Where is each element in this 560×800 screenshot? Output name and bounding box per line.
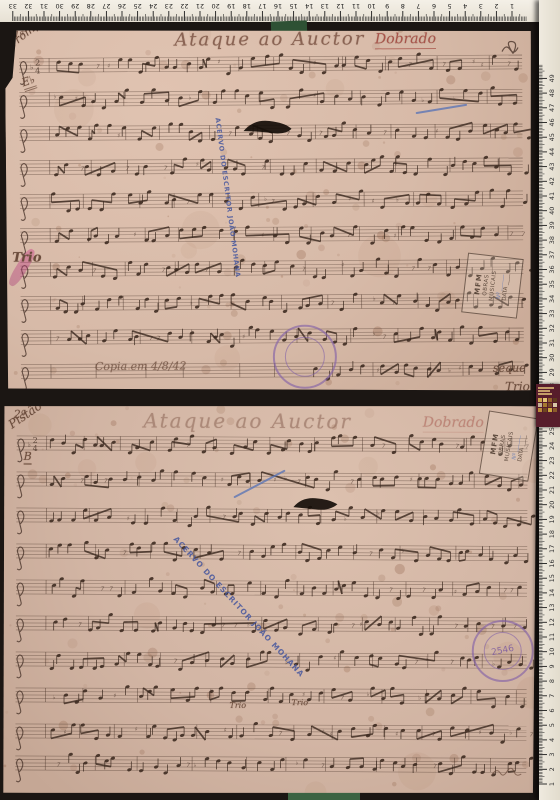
svg-text:♭: ♭ xyxy=(295,760,298,767)
segue-target-trio: Trio xyxy=(505,379,530,393)
svg-text:32: 32 xyxy=(24,2,32,10)
svg-text:5: 5 xyxy=(548,723,556,727)
svg-text:43: 43 xyxy=(548,162,556,170)
svg-text:2: 2 xyxy=(548,767,556,771)
trio-label: Trio xyxy=(292,698,309,707)
svg-text:♯: ♯ xyxy=(135,726,138,733)
svg-text:7: 7 xyxy=(185,762,190,770)
svg-text:7: 7 xyxy=(108,585,113,593)
svg-text:7: 7 xyxy=(318,130,323,138)
segno-icon xyxy=(499,39,525,57)
segue-note: seque xyxy=(493,361,526,374)
svg-text:23: 23 xyxy=(548,456,556,464)
svg-text:22: 22 xyxy=(548,471,556,479)
svg-text:1: 1 xyxy=(510,2,514,10)
svg-text:25: 25 xyxy=(548,427,556,435)
svg-text:7: 7 xyxy=(320,762,325,770)
svg-text:25: 25 xyxy=(133,2,141,10)
scanned-manuscript-view: { "document": { "type_label": "Handwritt… xyxy=(0,0,560,800)
svg-text:♯: ♯ xyxy=(134,231,137,238)
svg-text:7: 7 xyxy=(100,585,105,593)
svg-text:26: 26 xyxy=(118,2,126,10)
svg-text:♭: ♭ xyxy=(54,93,57,100)
svg-text:49: 49 xyxy=(548,74,556,82)
round-library-stamp xyxy=(273,325,337,389)
svg-text:7: 7 xyxy=(414,659,419,667)
svg-text:7: 7 xyxy=(173,658,178,666)
svg-text:♯: ♯ xyxy=(107,63,110,70)
copyist-initials-scribble xyxy=(489,764,523,782)
svg-text:13: 13 xyxy=(321,2,329,10)
svg-text:♭: ♭ xyxy=(53,694,56,701)
music-notation-page-1: 24♭7♯♯♯77♯♯7♭♯♭♯♭♭♯7777♯777♯77♭7♯♯♭♯♯7♯7… xyxy=(5,27,534,393)
svg-text:♯: ♯ xyxy=(472,58,475,65)
svg-text:♯: ♯ xyxy=(313,92,316,99)
catalog-stamp: MFM OBRAS MUSICAIS Nº ______ DATA ____ xyxy=(479,410,538,481)
svg-text:16: 16 xyxy=(274,2,282,10)
svg-text:7: 7 xyxy=(381,443,386,451)
svg-text:34: 34 xyxy=(548,295,556,303)
svg-text:33: 33 xyxy=(548,309,556,317)
svg-text:♯: ♯ xyxy=(117,132,120,139)
ink-blot xyxy=(239,115,295,141)
svg-text:4: 4 xyxy=(463,2,467,10)
svg-text:7: 7 xyxy=(92,267,97,275)
svg-text:10: 10 xyxy=(548,648,556,656)
color-calibration-chip xyxy=(536,384,560,427)
svg-text:7: 7 xyxy=(388,587,393,595)
svg-text:36: 36 xyxy=(548,265,556,273)
svg-text:12: 12 xyxy=(548,618,556,626)
svg-text:♯: ♯ xyxy=(224,727,227,734)
svg-text:41: 41 xyxy=(548,192,556,200)
svg-text:16: 16 xyxy=(548,559,556,567)
svg-text:19: 19 xyxy=(548,515,556,523)
svg-text:24: 24 xyxy=(149,2,157,10)
svg-text:♭: ♭ xyxy=(448,367,451,374)
svg-text:8: 8 xyxy=(401,2,405,10)
svg-text:3: 3 xyxy=(548,753,556,757)
svg-text:18: 18 xyxy=(548,530,556,538)
svg-text:19: 19 xyxy=(227,2,235,10)
svg-text:14: 14 xyxy=(305,2,313,10)
svg-text:♯: ♯ xyxy=(360,621,363,628)
svg-text:♭: ♭ xyxy=(373,296,376,303)
svg-text:♭: ♭ xyxy=(418,695,421,702)
svg-text:3: 3 xyxy=(479,2,483,10)
svg-text:♯: ♯ xyxy=(333,655,336,662)
svg-text:33: 33 xyxy=(9,2,17,10)
svg-text:13: 13 xyxy=(548,603,556,611)
genre-label: Dobrado xyxy=(423,415,484,433)
svg-text:♯: ♯ xyxy=(274,477,277,484)
svg-text:7: 7 xyxy=(382,333,387,341)
svg-text:7: 7 xyxy=(548,694,556,698)
svg-text:7: 7 xyxy=(454,443,459,451)
svg-text:45: 45 xyxy=(548,133,556,141)
svg-text:♯: ♯ xyxy=(376,367,379,374)
svg-text:11: 11 xyxy=(548,633,556,641)
svg-text:40: 40 xyxy=(548,207,556,215)
svg-text:7: 7 xyxy=(227,130,232,138)
svg-text:6: 6 xyxy=(432,2,436,10)
svg-text:♭: ♭ xyxy=(28,441,31,449)
svg-text:29: 29 xyxy=(71,2,79,10)
svg-text:23: 23 xyxy=(165,2,173,10)
svg-text:37: 37 xyxy=(548,251,556,259)
trio-label: Trio xyxy=(230,701,247,710)
svg-text:7: 7 xyxy=(506,61,511,69)
svg-text:6: 6 xyxy=(548,708,556,712)
svg-text:2: 2 xyxy=(494,2,498,10)
svg-text:7: 7 xyxy=(95,63,100,71)
svg-text:7: 7 xyxy=(441,61,446,69)
svg-text:12: 12 xyxy=(336,2,344,10)
svg-text:♯: ♯ xyxy=(372,198,375,205)
svg-text:5: 5 xyxy=(448,2,452,10)
svg-text:14: 14 xyxy=(548,589,556,597)
svg-text:7: 7 xyxy=(221,514,226,522)
color-chip-swatches xyxy=(538,398,560,412)
key-label: B xyxy=(24,450,32,465)
svg-text:♭: ♭ xyxy=(367,691,370,698)
svg-text:♯: ♯ xyxy=(458,365,461,372)
svg-text:17: 17 xyxy=(548,545,556,553)
svg-text:15: 15 xyxy=(289,2,297,10)
svg-text:7: 7 xyxy=(55,335,60,343)
svg-text:30: 30 xyxy=(55,2,63,10)
svg-text:7: 7 xyxy=(77,621,82,629)
svg-text:20: 20 xyxy=(211,2,219,10)
svg-text:11: 11 xyxy=(352,2,360,10)
svg-text:♯: ♯ xyxy=(454,589,457,596)
svg-text:24: 24 xyxy=(548,442,556,450)
svg-text:7: 7 xyxy=(161,267,166,275)
svg-text:7: 7 xyxy=(521,231,526,239)
svg-text:48: 48 xyxy=(548,89,556,97)
svg-text:♯: ♯ xyxy=(481,62,484,69)
svg-text:31: 31 xyxy=(548,339,556,347)
svg-text:7: 7 xyxy=(529,731,534,739)
svg-text:7: 7 xyxy=(416,2,420,10)
section-label-trio: Trio xyxy=(12,250,41,265)
music-notation-page-2: 24♭777777♯♯♭77♯♯7♭♭777♭7777♯77777♭7♯7777… xyxy=(1,404,538,795)
svg-text:10: 10 xyxy=(367,2,375,10)
svg-text:♯: ♯ xyxy=(341,262,344,269)
svg-text:32: 32 xyxy=(548,324,556,332)
svg-text:39: 39 xyxy=(548,221,556,229)
svg-text:7: 7 xyxy=(502,587,507,595)
svg-text:9: 9 xyxy=(548,664,556,668)
svg-text:♭: ♭ xyxy=(264,196,267,203)
svg-text:7: 7 xyxy=(509,587,514,595)
svg-text:♭: ♭ xyxy=(421,97,424,104)
svg-text:18: 18 xyxy=(243,2,251,10)
svg-text:7: 7 xyxy=(56,761,61,769)
svg-text:7: 7 xyxy=(163,165,168,173)
svg-text:♭: ♭ xyxy=(344,516,347,523)
svg-text:15: 15 xyxy=(548,574,556,582)
svg-text:♭: ♭ xyxy=(189,94,192,101)
svg-text:7: 7 xyxy=(103,477,108,485)
manuscript-page-2: 24♭777777♯♯♭77♯♯7♭♭777♭7777♯77777♭7♯7777… xyxy=(1,404,538,795)
svg-text:♭: ♭ xyxy=(509,730,512,737)
svg-text:♯: ♯ xyxy=(196,161,199,168)
svg-text:31: 31 xyxy=(40,2,48,10)
page-title: Ataque ao Auctor xyxy=(155,28,385,50)
svg-text:♯: ♯ xyxy=(394,233,397,240)
svg-text:22: 22 xyxy=(180,2,188,10)
svg-text:♯: ♯ xyxy=(218,59,221,66)
page-title: Ataque ao Auctor xyxy=(123,408,373,433)
svg-text:7: 7 xyxy=(453,623,458,631)
svg-text:7: 7 xyxy=(426,265,431,273)
svg-text:42: 42 xyxy=(548,177,556,185)
svg-text:♭: ♭ xyxy=(190,300,193,307)
svg-text:27: 27 xyxy=(102,2,110,10)
svg-text:44: 44 xyxy=(548,148,556,156)
svg-text:35: 35 xyxy=(548,280,556,288)
svg-text:7: 7 xyxy=(432,763,437,771)
svg-text:♯: ♯ xyxy=(435,128,438,135)
svg-text:7: 7 xyxy=(449,659,454,667)
svg-text:8: 8 xyxy=(548,679,556,683)
svg-text:4: 4 xyxy=(33,444,38,453)
svg-text:♯: ♯ xyxy=(410,476,413,483)
svg-text:7: 7 xyxy=(80,165,85,173)
genre-label: Dobrado xyxy=(375,31,436,49)
catalog-stamp: MFM OBRAS MUSICAIS Nº ______ DATA ____ xyxy=(461,253,524,319)
svg-text:7: 7 xyxy=(301,266,306,274)
ink-blot xyxy=(290,493,340,517)
svg-text:♯: ♯ xyxy=(221,476,224,483)
svg-text:21: 21 xyxy=(548,486,556,494)
svg-text:21: 21 xyxy=(196,2,204,10)
svg-text:7: 7 xyxy=(237,550,242,558)
svg-text:7: 7 xyxy=(509,231,514,239)
svg-text:7: 7 xyxy=(368,551,373,559)
svg-text:9: 9 xyxy=(385,2,389,10)
svg-text:♭: ♭ xyxy=(372,331,375,338)
manuscript-page-1: 24♭7♯♯♯77♯♯7♭♯♭♯♭♭♯7777♯777♯77♭7♯♯♭♯♯7♯7… xyxy=(5,27,534,393)
svg-text:♯: ♯ xyxy=(479,729,482,736)
svg-text:♯: ♯ xyxy=(127,515,130,522)
svg-text:♭: ♭ xyxy=(30,63,33,71)
round-library-stamp: 2546 xyxy=(472,620,534,682)
svg-text:♯: ♯ xyxy=(113,693,116,700)
svg-text:7: 7 xyxy=(330,300,335,308)
svg-text:47: 47 xyxy=(548,104,556,112)
svg-text:4: 4 xyxy=(548,738,556,742)
svg-text:30: 30 xyxy=(548,354,556,362)
svg-text:46: 46 xyxy=(548,118,556,126)
svg-text:♭: ♭ xyxy=(193,762,196,769)
svg-text:7: 7 xyxy=(382,129,387,137)
svg-text:29: 29 xyxy=(548,368,556,376)
svg-text:7: 7 xyxy=(421,587,426,595)
svg-text:7: 7 xyxy=(79,477,84,485)
top-ruler: 1234567891011121314151617181920212223242… xyxy=(0,0,560,22)
svg-text:♯: ♯ xyxy=(395,731,398,738)
svg-text:7: 7 xyxy=(411,265,416,273)
svg-text:4: 4 xyxy=(35,66,40,75)
svg-text:7: 7 xyxy=(125,165,130,173)
copyist-note: Copia em 4/8/42 xyxy=(95,360,187,374)
svg-text:7: 7 xyxy=(350,622,355,630)
svg-text:38: 38 xyxy=(548,236,556,244)
svg-text:7: 7 xyxy=(278,730,283,738)
svg-text:20: 20 xyxy=(548,501,556,509)
svg-text:♯: ♯ xyxy=(242,333,245,340)
svg-text:17: 17 xyxy=(258,2,266,10)
svg-text:1: 1 xyxy=(548,782,556,786)
svg-text:28: 28 xyxy=(87,2,95,10)
